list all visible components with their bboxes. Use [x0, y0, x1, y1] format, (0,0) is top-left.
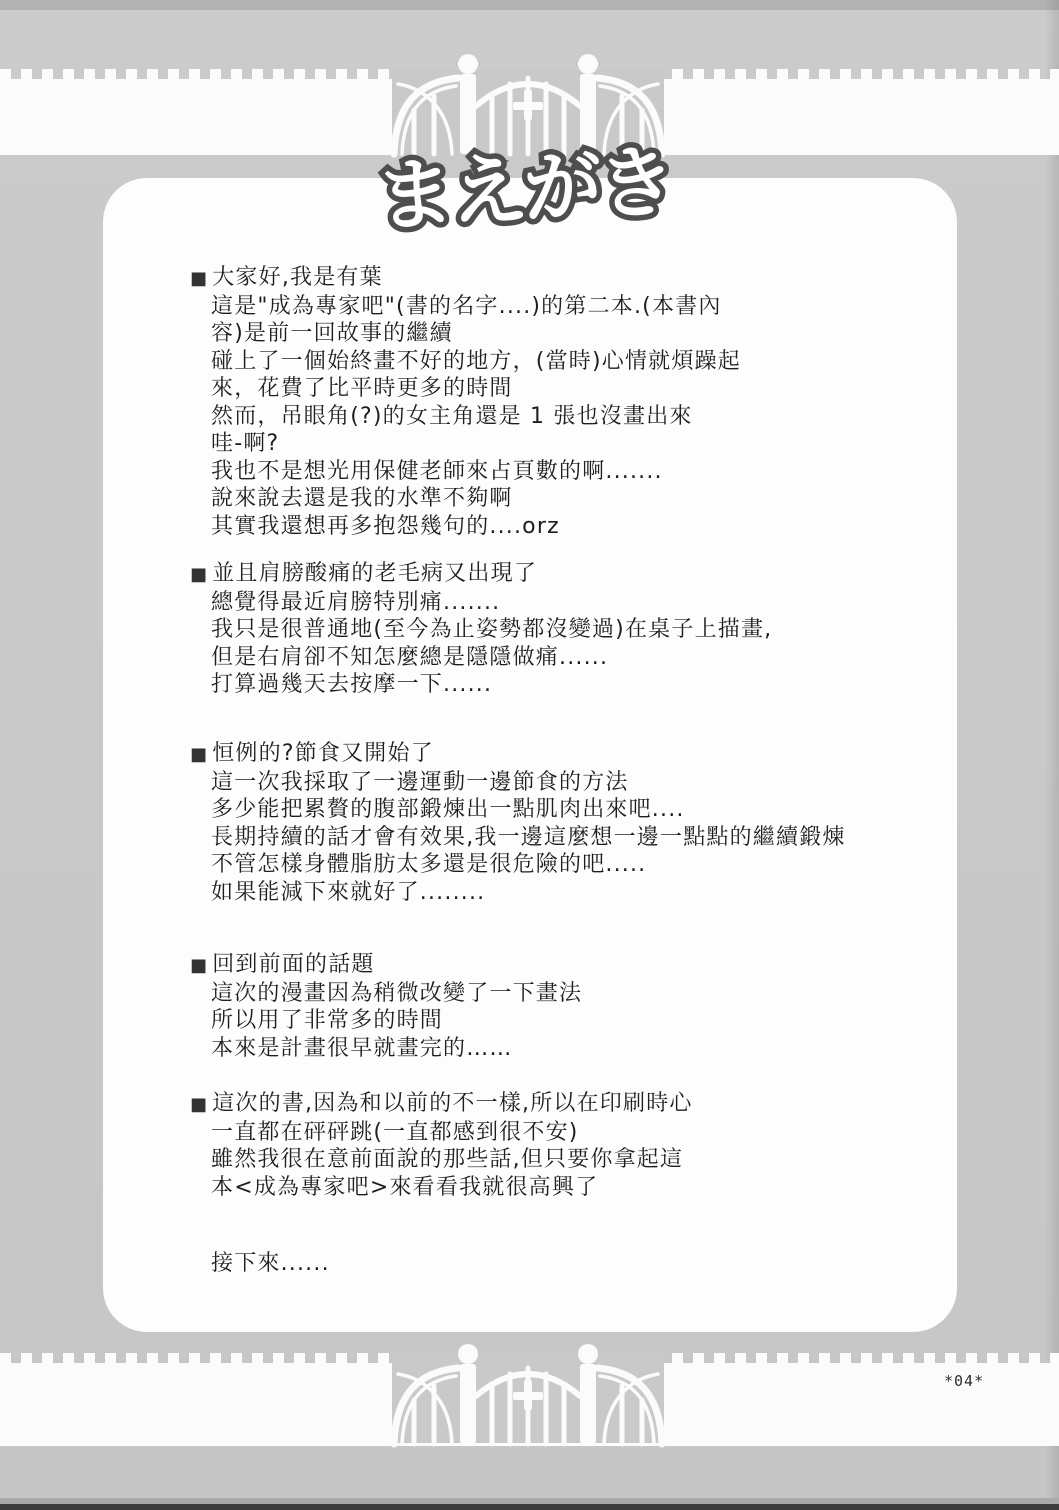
preface-line-text: 恒例的?節食又開始了 — [212, 741, 434, 766]
preface-line: ■回到前面的話題 — [190, 951, 930, 980]
preface-line: 碰上了一個始終畫不好的地方，(當時)心情就煩躁起 — [190, 348, 930, 376]
preface-line: 這一次我採取了一邊運動一邊節食的方法 — [190, 769, 930, 797]
preface-line: 所以用了非常多的時間 — [190, 1007, 930, 1035]
preface-line: 總覺得最近肩膀特別痛....... — [190, 589, 930, 617]
preface-line: 一直都在砰砰跳(一直都感到很不安) — [190, 1119, 930, 1147]
bullet-square-icon: ■ — [190, 955, 208, 976]
closing-line: 接下來...... — [190, 1250, 930, 1278]
bullet-square-icon: ■ — [190, 744, 208, 765]
preface-line: ■恒例的?節食又開始了 — [190, 740, 930, 769]
preface-line: 我只是很普通地(至今為止姿勢都沒變過)在桌子上描畫, — [190, 616, 930, 644]
preface-section-4: ■回到前面的話題 這次的漫畫因為稍微改變了一下畫法 所以用了非常多的時間 本來是… — [190, 951, 930, 1062]
preface-line: 雖然我很在意前面說的那些話,但只要你拿起這 — [190, 1146, 930, 1174]
preface-line: 但是右肩卻不知怎麼總是隱隱做痛...... — [190, 644, 930, 672]
preface-line: 來，花費了比平時更多的時間 — [190, 375, 930, 403]
preface-section-1: ■大家好,我是有葉 這是"成為專家吧"(書的名字....)的第二本.(本書內 容… — [190, 264, 930, 540]
preface-line-text: 這次的書,因為和以前的不一樣,所以在印刷時心 — [212, 1091, 692, 1116]
preface-line: ■這次的書,因為和以前的不一樣,所以在印刷時心 — [190, 1090, 930, 1119]
preface-line-text: 回到前面的話題 — [212, 952, 374, 977]
page-edge-right-shadow — [1045, 0, 1059, 1510]
scanned-preface-page: まえがき まえがき ■大家好,我是有葉 這是"成為專家吧"(書的名字....)的… — [0, 0, 1059, 1510]
preface-line: 說來說去還是我的水準不夠啊 — [190, 485, 930, 513]
page-title: まえがき まえがき — [373, 132, 678, 258]
page-edge-bottom-dark — [0, 1504, 1059, 1510]
preface-line: 哇-啊? — [190, 430, 930, 458]
bullet-square-icon: ■ — [190, 1094, 208, 1115]
preface-line-text: 大家好,我是有葉 — [212, 265, 383, 290]
preface-line: 不管怎樣身體脂肪太多還是很危險的吧..... — [190, 851, 930, 879]
preface-line: 接下來...... — [190, 1250, 930, 1278]
preface-section-2: ■並且肩膀酸痛的老毛病又出現了 總覺得最近肩膀特別痛....... 我只是很普通… — [190, 560, 930, 699]
bullet-square-icon: ■ — [190, 564, 208, 585]
preface-section-3: ■恒例的?節食又開始了 這一次我採取了一邊運動一邊節食的方法 多少能把累贅的腹部… — [190, 740, 930, 906]
preface-line: 本<成為專家吧>來看看我就很高興了 — [190, 1174, 930, 1202]
page-number: *04* — [944, 1372, 984, 1390]
preface-line: 我也不是想光用保健老師來占頁數的啊....... — [190, 458, 930, 486]
preface-line: 這是"成為專家吧"(書的名字....)的第二本.(本書內 — [190, 293, 930, 321]
preface-line: 這次的漫畫因為稍微改變了一下畫法 — [190, 980, 930, 1008]
preface-line: 多少能把累贅的腹部鍛煉出一點肌肉出來吧.... — [190, 796, 930, 824]
preface-line: 然而，吊眼角(?)的女主角還是 1 張也沒畫出來 — [190, 403, 930, 431]
page-title-text: まえがき — [373, 132, 674, 247]
preface-line: ■大家好,我是有葉 — [190, 264, 930, 293]
page-edge-top — [0, 0, 1059, 10]
preface-line: 打算過幾天去按摩一下...... — [190, 671, 930, 699]
gate-ornament-bottom-icon — [392, 1338, 664, 1444]
preface-line: ■並且肩膀酸痛的老毛病又出現了 — [190, 560, 930, 589]
preface-line: 如果能減下來就好了........ — [190, 879, 930, 907]
preface-section-5: ■這次的書,因為和以前的不一樣,所以在印刷時心 一直都在砰砰跳(一直都感到很不安… — [190, 1090, 930, 1201]
bullet-square-icon: ■ — [190, 268, 208, 289]
preface-line: 其實我還想再多抱怨幾句的....orz — [190, 513, 930, 541]
preface-line: 本來是計畫很早就畫完的…… — [190, 1035, 930, 1063]
preface-line: 長期持續的話才會有效果,我一邊這麼想一邊一點點的繼續鍛煉 — [190, 824, 930, 852]
preface-line-text: 並且肩膀酸痛的老毛病又出現了 — [212, 561, 537, 586]
preface-line: 容)是前一回故事的繼續 — [190, 320, 930, 348]
